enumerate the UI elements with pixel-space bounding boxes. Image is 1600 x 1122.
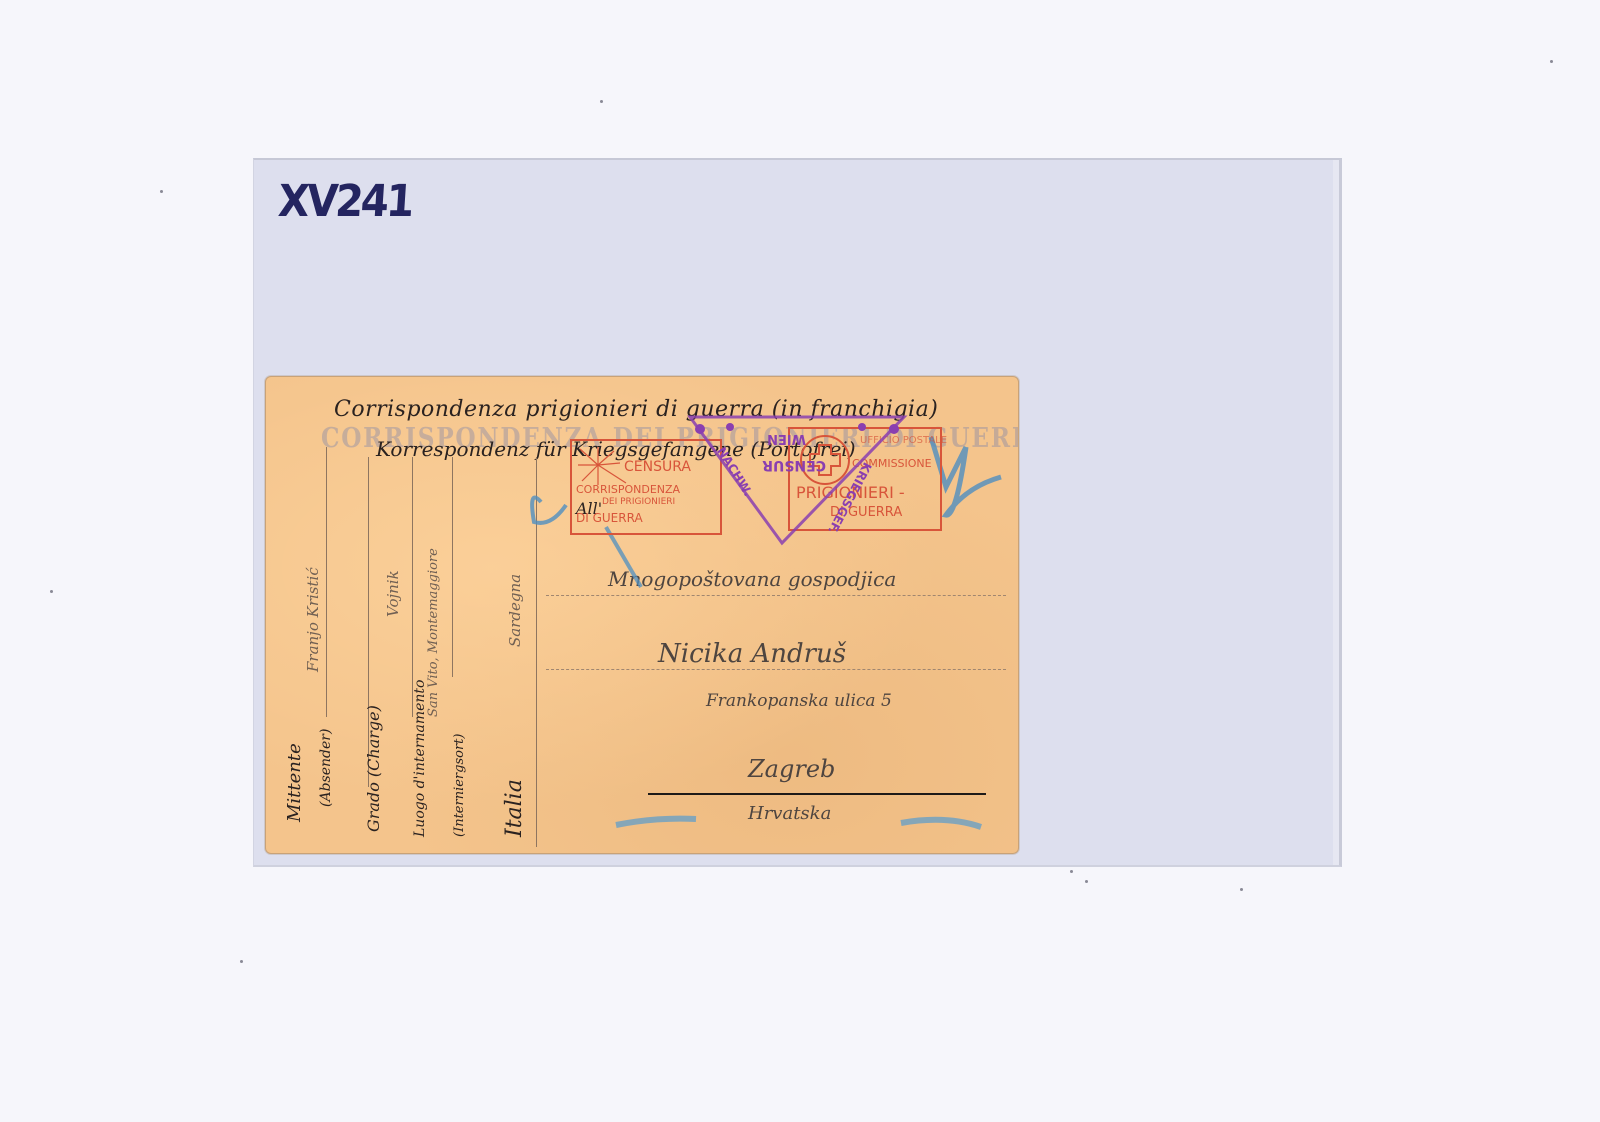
inventory-code: XV241 [277, 176, 414, 227]
dust-speck [1240, 888, 1243, 891]
dust-speck [50, 590, 53, 593]
dust-speck [1085, 880, 1088, 883]
svg-text:WIEN: WIEN [767, 431, 806, 446]
dust-speck [1550, 60, 1553, 63]
svg-text:CENSUR: CENSUR [762, 457, 826, 473]
dust-speck [1070, 870, 1073, 873]
svg-text:NACHW.: NACHW. [714, 445, 755, 499]
dust-speck [240, 960, 243, 963]
postcard: CORRISPONDENZA DEI PRIGIONIERI DI GUERRA… [265, 376, 1019, 854]
dust-speck [160, 190, 163, 193]
censor-stamp-austrian-triangle: WIEN CENSUR NACHW. KRIEGSGEF. [682, 409, 912, 549]
starburst-icon [578, 447, 628, 487]
dust-speck [600, 100, 603, 103]
